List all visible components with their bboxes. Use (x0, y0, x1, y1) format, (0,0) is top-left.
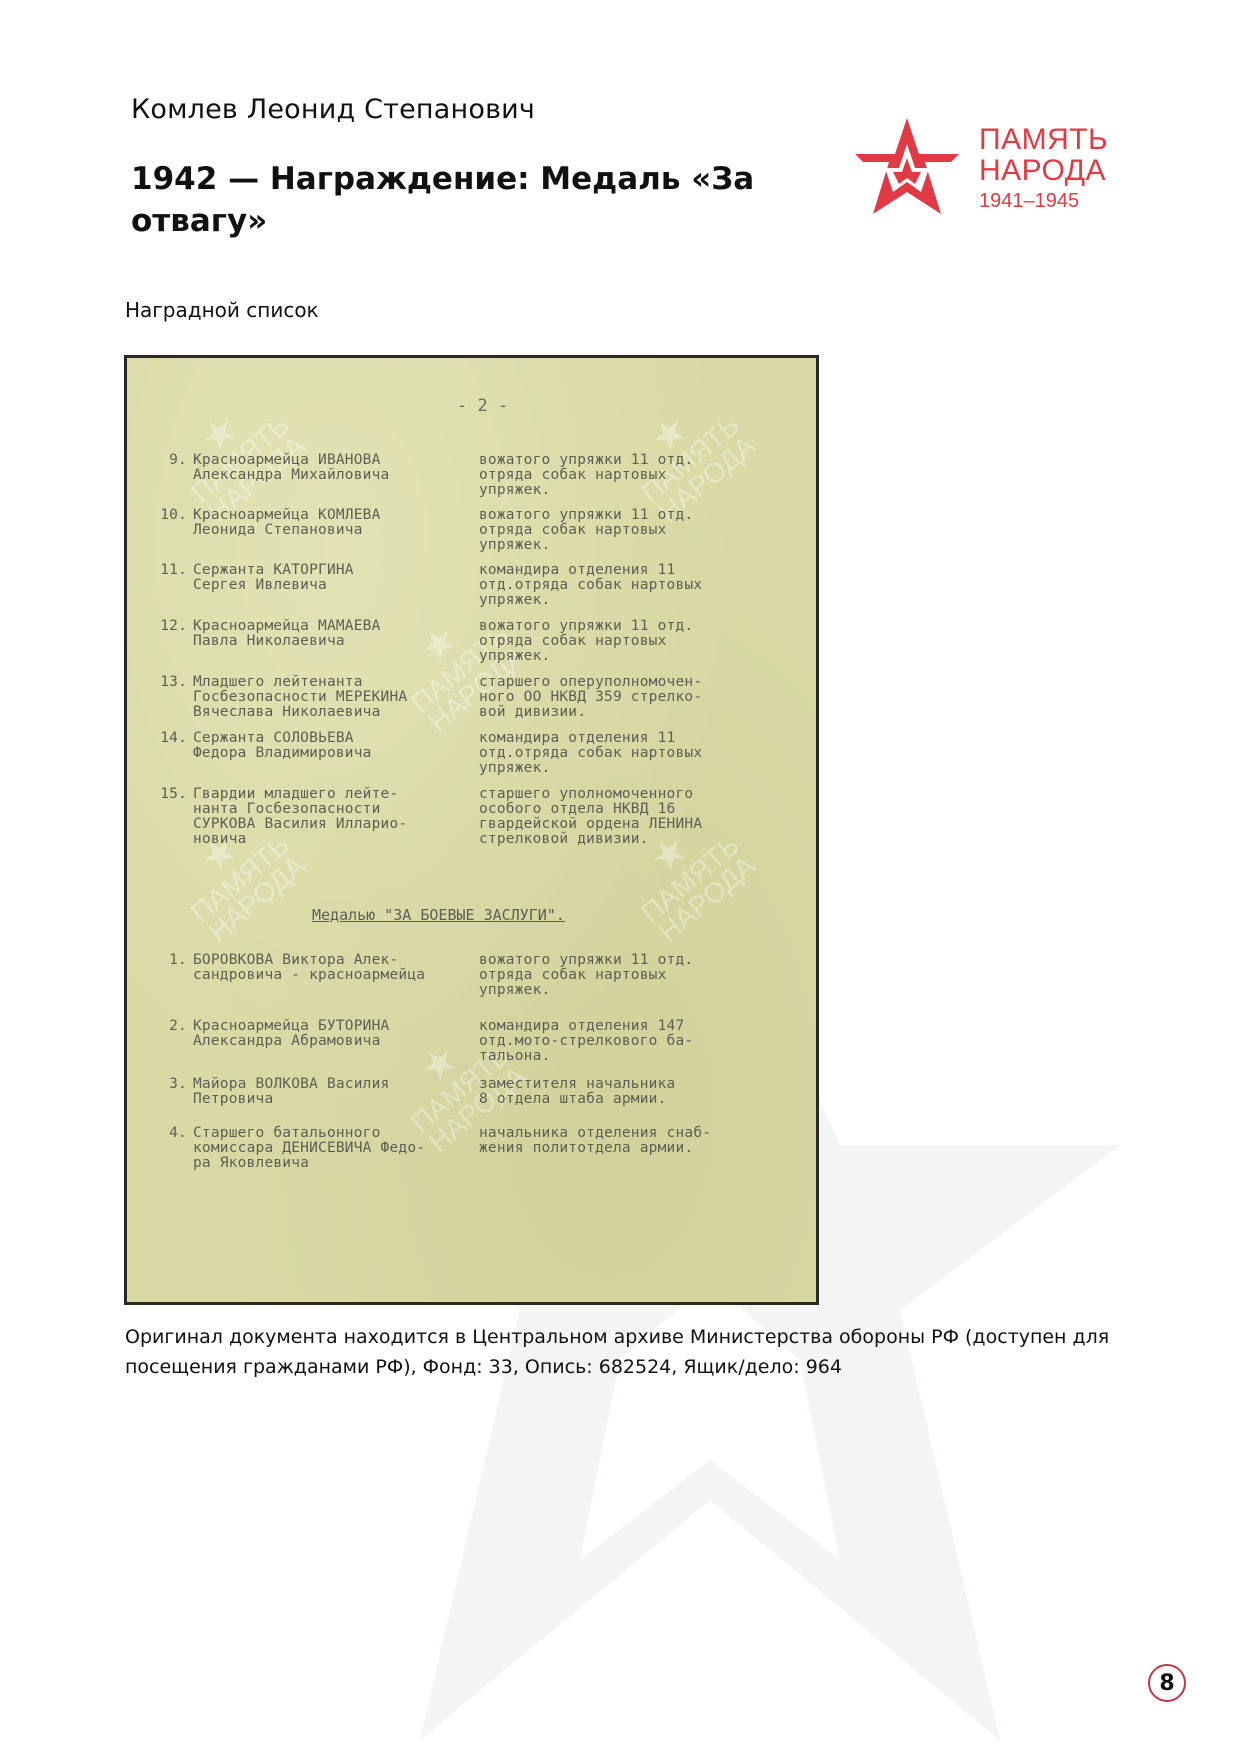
logo-text: ПАМЯТЬ НАРОДА 1941–1945 (979, 124, 1108, 214)
logo-line2: НАРОДА (979, 155, 1108, 186)
logo-years: 1941–1945 (979, 188, 1108, 214)
archive-caption: Оригинал документа находится в Центральн… (125, 1322, 1125, 1382)
page-title: 1942 — Награждение: Медаль «За отвагу» (131, 158, 831, 242)
red-star-icon (855, 118, 959, 218)
section-heading: Медалью "ЗА БОЕВЫЕ ЗАСЛУГИ". (312, 906, 565, 924)
scan-page-marker: - 2 - (457, 396, 508, 416)
page-number: 8 (1148, 1664, 1186, 1702)
document-scan-image: ★ПАМЯТЬНАРОДА ★ПАМЯТЬНАРОДА ★ПАМЯТЬНАРОД… (124, 355, 819, 1305)
pamyat-naroda-logo: ПАМЯТЬ НАРОДА 1941–1945 (855, 118, 1125, 218)
person-name: Комлев Леонид Степанович (131, 94, 535, 125)
document-type-label: Наградной список (125, 298, 319, 322)
logo-line1: ПАМЯТЬ (979, 124, 1108, 155)
